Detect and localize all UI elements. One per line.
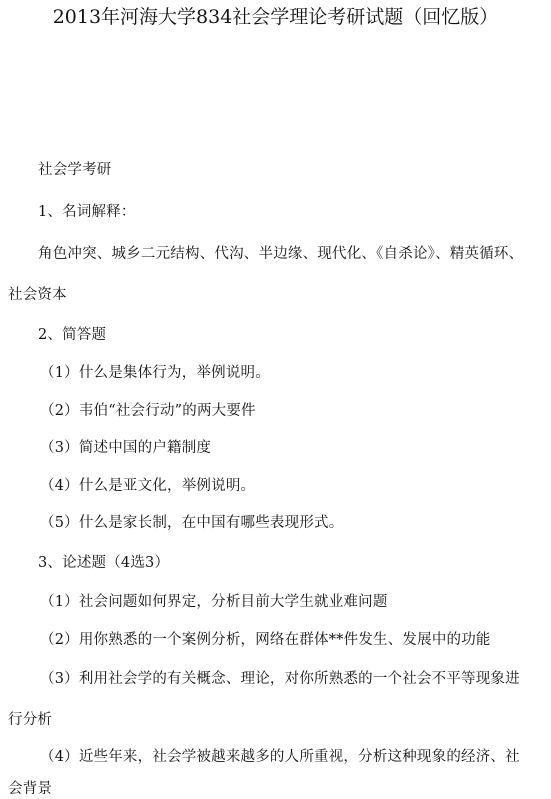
section-2-item-2: （2）韦伯“社会行动”的两大要件 <box>40 401 256 421</box>
section-3-item-4-line1: （4）近些年来，社会学被越来越多的人所重视，分析这种现象的经济、社 <box>40 747 520 767</box>
section-3-item-1: （1）社会问题如何界定，分析目前大学生就业难问题 <box>40 592 388 612</box>
section-2-heading: 2、简答题 <box>38 325 106 345</box>
section-2-item-3: （3）简述中国的户籍制度 <box>40 438 211 458</box>
section-3-item-2: （2）用你熟悉的一个案例分析，网络在群体**件发生、发展中的功能 <box>40 630 491 650</box>
subtitle: 社会学考研 <box>38 160 112 180</box>
section-3-item-4-line2: 会背景 <box>8 779 52 799</box>
section-2-item-5: （5）什么是家长制，在中国有哪些表现形式。 <box>40 513 343 533</box>
section-2-item-1: （1）什么是集体行为，举例说明。 <box>40 363 270 383</box>
section-1-terms-line1: 角色冲突、城乡二元结构、代沟、半边缘、现代化、《自杀论》、精英循环、 <box>38 244 523 264</box>
section-3-item-3-line2: 行分析 <box>8 710 52 730</box>
document-title: 2013年河海大学834社会学理论考研试题（回忆版） <box>0 4 551 30</box>
section-1-terms-line2: 社会资本 <box>8 285 67 305</box>
section-1-heading: 1、名词解释： <box>38 202 136 222</box>
section-3-heading: 3、论述题（4选3） <box>38 553 169 573</box>
section-2-item-4: （4）什么是亚文化，举例说明。 <box>40 476 255 496</box>
section-3-item-3-line1: （3）利用社会学的有关概念、理论，对你所熟悉的一个社会不平等现象进 <box>40 669 520 689</box>
